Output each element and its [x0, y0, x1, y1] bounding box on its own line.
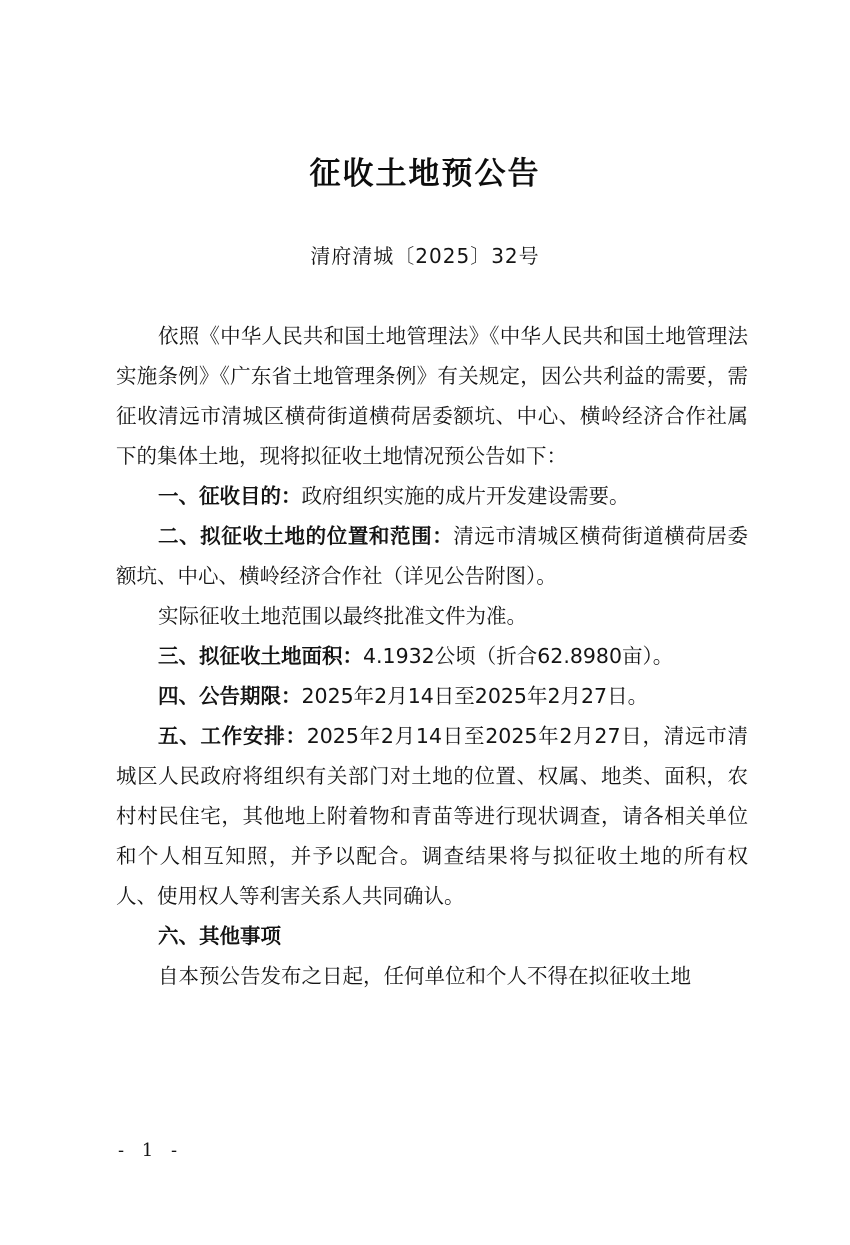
section-area: 三、拟征收土地面积：4.1932公顷（折合62.8980亩）。 — [116, 636, 748, 676]
section-label: 二、拟征收土地的位置和范围： — [158, 524, 453, 548]
location-note: 实际征收土地范围以最终批准文件为准。 — [116, 596, 748, 636]
intro-paragraph: 依照《中华人民共和国土地管理法》《中华人民共和国土地管理法实施条例》《广东省土地… — [116, 316, 748, 476]
document-title: 征收土地预公告 — [0, 148, 850, 193]
section-text: 2025年2月14日至2025年2月27日，清远市清城区人民政府将组织有关部门对… — [116, 724, 748, 908]
section-label: 五、工作安排： — [158, 724, 307, 748]
section-label: 一、征收目的： — [158, 484, 302, 508]
document-body: 依照《中华人民共和国土地管理法》《中华人民共和国土地管理法实施条例》《广东省土地… — [116, 316, 748, 996]
page-number: - 1 - — [118, 1140, 183, 1161]
section-text: 2025年2月14日至2025年2月27日。 — [302, 684, 649, 708]
section-text: 政府组织实施的成片开发建设需要。 — [302, 484, 630, 508]
section-label: 三、拟征收土地面积： — [158, 644, 363, 668]
section-label: 四、公告期限： — [158, 684, 302, 708]
document-page: 征收土地预公告 清府清城〔2025〕32号 依照《中华人民共和国土地管理法》《中… — [0, 0, 850, 1245]
document-number: 清府清城〔2025〕32号 — [0, 240, 850, 269]
section-arrangement: 五、工作安排：2025年2月14日至2025年2月27日，清远市清城区人民政府将… — [116, 716, 748, 916]
section-text: 4.1932公顷（折合62.8980亩）。 — [363, 644, 673, 668]
section-purpose: 一、征收目的：政府组织实施的成片开发建设需要。 — [116, 476, 748, 516]
section-location: 二、拟征收土地的位置和范围：清远市清城区横荷街道横荷居委额坑、中心、横岭经济合作… — [116, 516, 748, 596]
section-period: 四、公告期限：2025年2月14日至2025年2月27日。 — [116, 676, 748, 716]
section-other-heading: 六、其他事项 — [116, 916, 748, 956]
section-other-text: 自本预公告发布之日起，任何单位和个人不得在拟征收土地 — [116, 956, 748, 996]
section-text: 实际征收土地范围以最终批准文件为准。 — [158, 604, 527, 628]
